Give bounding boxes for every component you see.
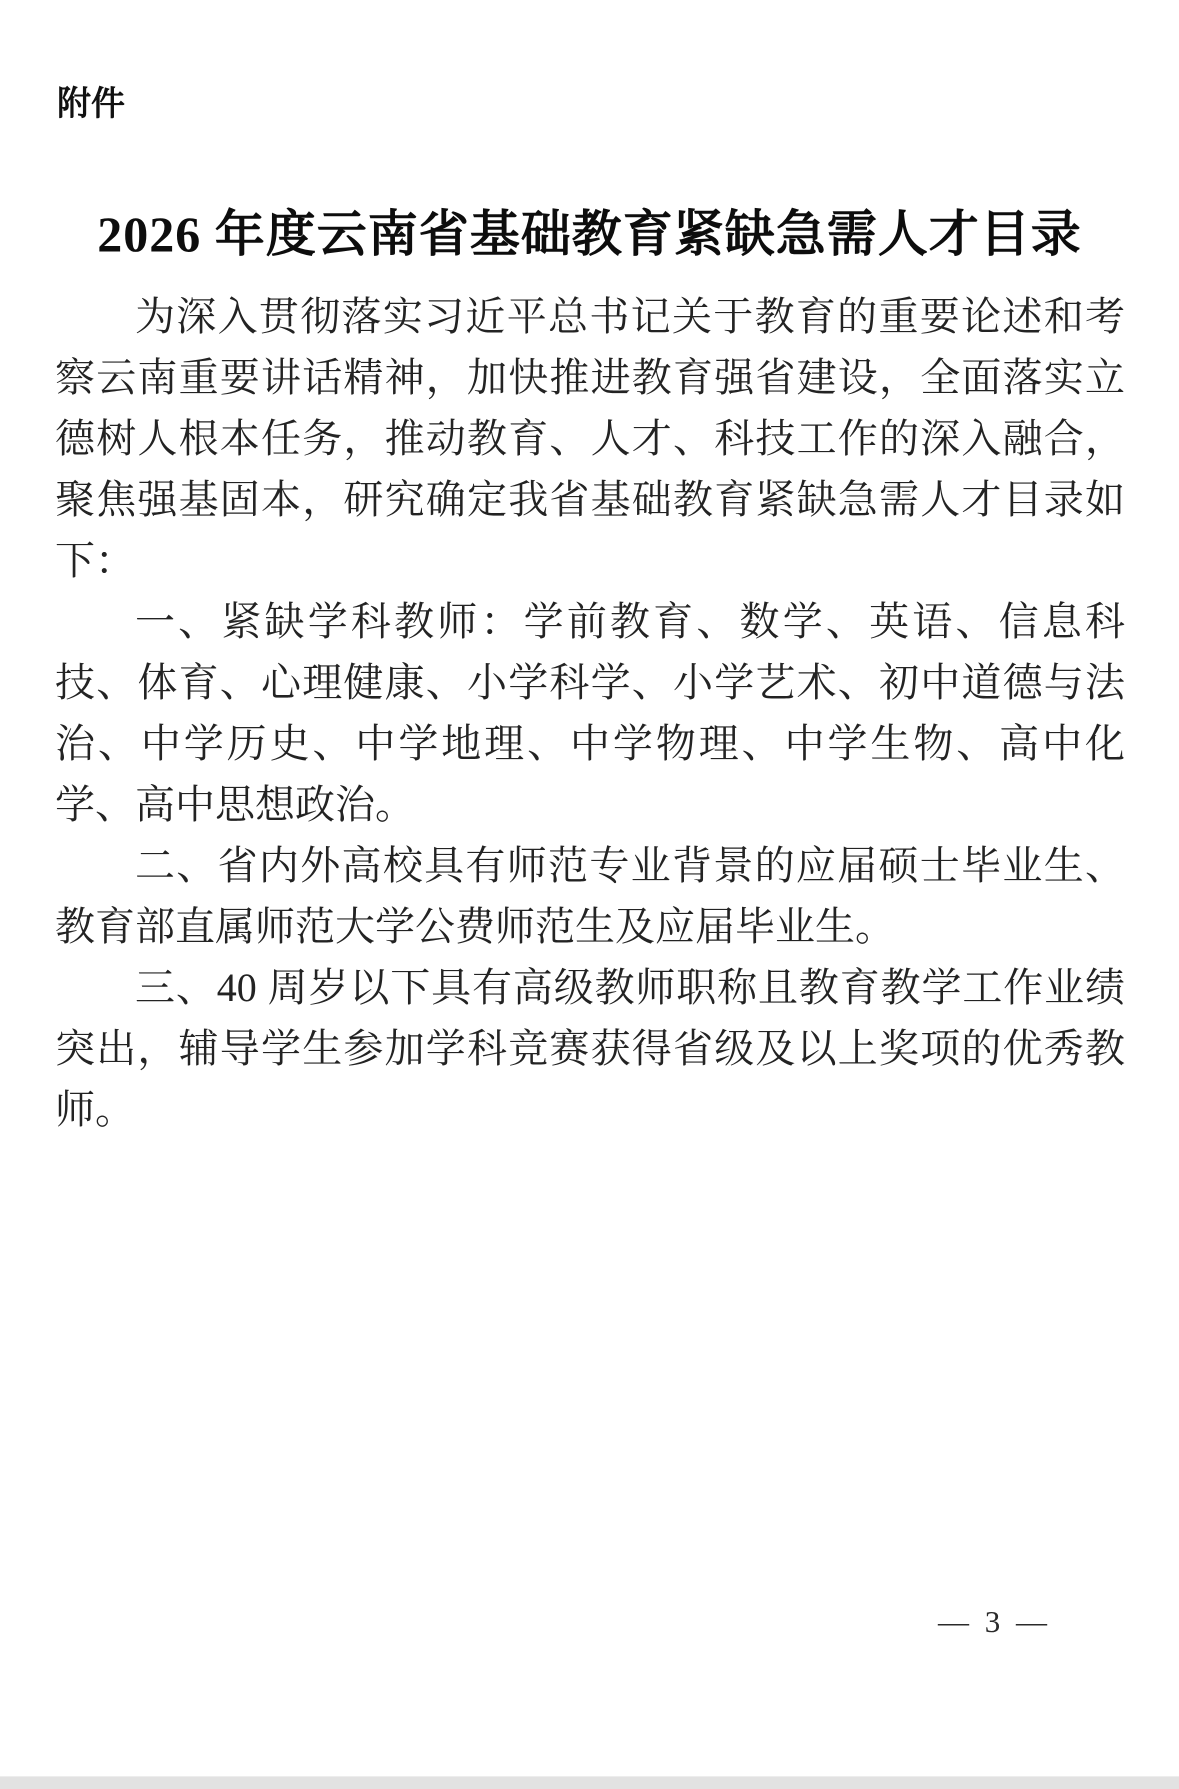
- body-paragraph-item-1: 一、紧缺学科教师：学前教育、数学、英语、信息科技、体育、心理健康、小学科学、小学…: [55, 591, 1125, 835]
- page-title: 2026 年度云南省基础教育紧缺急需人才目录: [30, 194, 1149, 266]
- page-number: — 3 —: [938, 1604, 1051, 1640]
- attachment-label: 附件: [57, 76, 125, 125]
- body-paragraph-item-3: 三、40 周岁以下具有高级教师职称且教育教学工作业绩突出，辅导学生参加学科竞赛获…: [55, 957, 1125, 1140]
- body-paragraph-intro: 为深入贯彻落实习近平总书记关于教育的重要论述和考察云南重要讲话精神，加快推进教育…: [55, 286, 1125, 591]
- document-page: 附件 2026 年度云南省基础教育紧缺急需人才目录 为深入贯彻落实习近平总书记关…: [0, 0, 1179, 1789]
- bottom-edge-bar: [0, 1776, 1179, 1789]
- document-body: 为深入贯彻落实习近平总书记关于教育的重要论述和考察云南重要讲话精神，加快推进教育…: [55, 286, 1125, 1140]
- body-paragraph-item-2: 二、省内外高校具有师范专业背景的应届硕士毕业生、教育部直属师范大学公费师范生及应…: [55, 835, 1125, 957]
